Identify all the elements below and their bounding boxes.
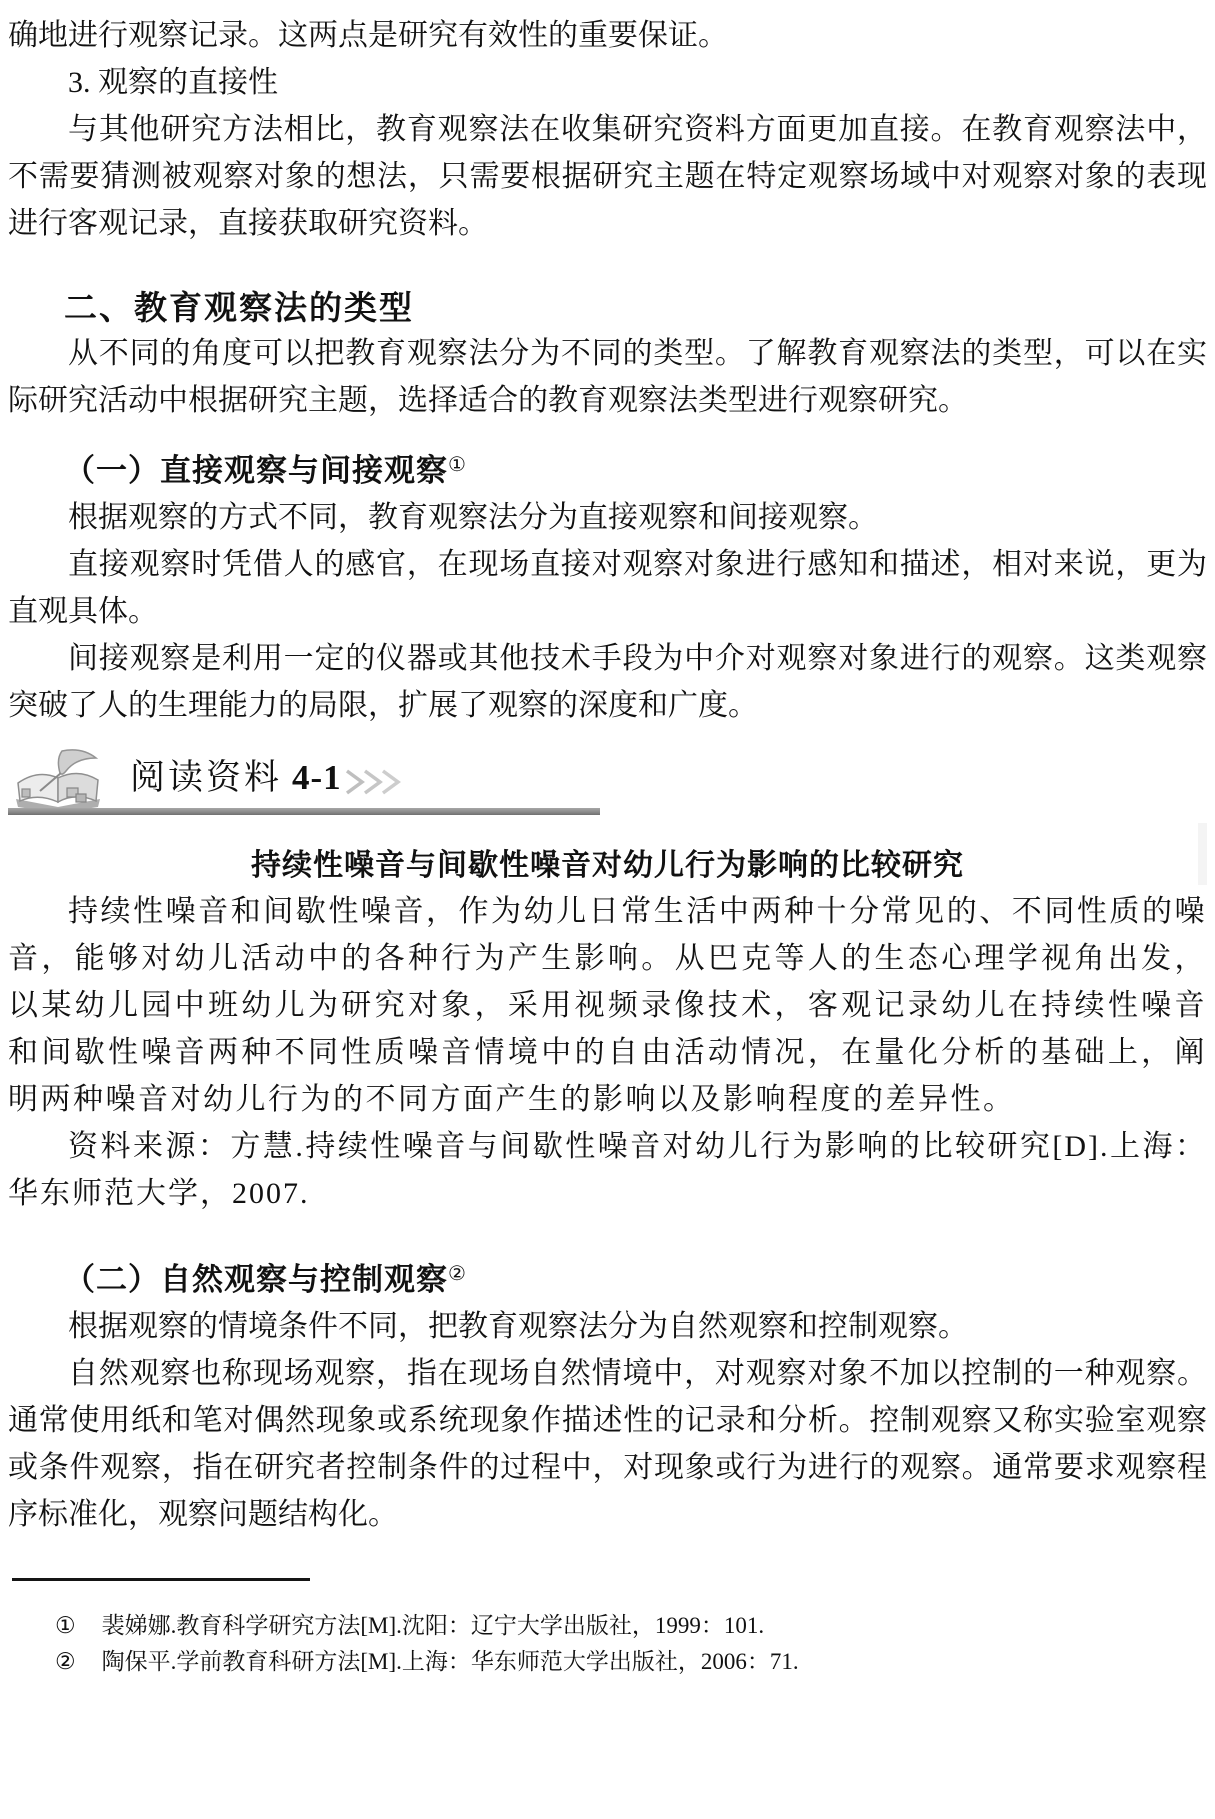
footnote-divider: [12, 1578, 310, 1581]
paragraph-continued: 确地进行观察记录。这两点是研究有效性的重要保证。: [8, 12, 1207, 59]
reading-material-source: 资料来源：方慧.持续性噪音与间歇性噪音对幼儿行为影响的比较研究[D].上海：华东…: [8, 1123, 1207, 1217]
book-quill-icon: [10, 749, 110, 813]
paragraph-directness: 与其他研究方法相比，教育观察法在收集研究资料方面更加直接。在教育观察法中，不需要…: [8, 106, 1207, 247]
banner-title: 阅读资料4-1: [130, 753, 342, 803]
paragraph-indirect-observation: 间接观察是利用一定的仪器或其他技术手段为中介对观察对象进行的观察。这类观察突破了…: [8, 635, 1207, 729]
reading-material-title: 持续性噪音与间歇性噪音对幼儿行为影响的比较研究: [8, 843, 1207, 888]
footnote-2-text: 陶保平.学前教育科研方法[M].上海：华东师范大学出版社，2006：71.: [102, 1649, 799, 1674]
banner-number: 4-1: [292, 758, 342, 797]
footnote-1-marker: ①: [55, 1613, 76, 1638]
paragraph-direct-observation: 直接观察时凭借人的感官，在现场直接对观察对象进行感知和描述，相对来说，更为直观具…: [8, 541, 1207, 635]
subsection-1-heading: （一）直接观察与间接观察①: [8, 442, 1207, 494]
paragraph-sub2-intro: 根据观察的情境条件不同，把教育观察法分为自然观察和控制观察。: [8, 1303, 1207, 1350]
page-edge-mark: [1198, 823, 1207, 885]
footnote-2-marker: ②: [55, 1649, 76, 1674]
footnote-2: ②陶保平.学前教育科研方法[M].上海：华东师范大学出版社，2006：71.: [8, 1644, 1207, 1680]
subsection-1-title: （一）直接观察与间接观察: [64, 453, 448, 488]
footnote-1-text: 裴娣娜.教育科学研究方法[M].沈阳：辽宁大学出版社，1999：101.: [102, 1613, 765, 1638]
subsection-2-title: （二）自然观察与控制观察: [64, 1262, 448, 1297]
triple-chevron-right-icon: [344, 767, 410, 797]
banner-label: 阅读资料: [130, 758, 282, 797]
paragraph-sub1-intro: 根据观察的方式不同，教育观察法分为直接观察和间接观察。: [8, 494, 1207, 541]
reading-material-body: 持续性噪音和间歇性噪音，作为幼儿日常生活中两种十分常见的、不同性质的噪音，能够对…: [8, 888, 1207, 1123]
subsection-2-heading: （二）自然观察与控制观察②: [8, 1251, 1207, 1303]
footnote-1: ①裴娣娜.教育科学研究方法[M].沈阳：辽宁大学出版社，1999：101.: [8, 1608, 1207, 1644]
paragraph-natural-controlled: 自然观察也称现场观察，指在现场自然情境中，对观察对象不加以控制的一种观察。通常使…: [8, 1350, 1207, 1538]
banner-underline: [8, 808, 600, 815]
paragraph-types-intro: 从不同的角度可以把教育观察法分为不同的类型。了解教育观察法的类型，可以在实际研究…: [8, 330, 1207, 424]
footnotes: ①裴娣娜.教育科学研究方法[M].沈阳：辽宁大学出版社，1999：101. ②陶…: [8, 1608, 1207, 1680]
footnote-ref-1: ①: [448, 454, 466, 476]
footnote-ref-2: ②: [448, 1263, 466, 1285]
list-item-3-heading: 3. 观察的直接性: [8, 59, 1207, 106]
section-2-heading: 二、教育观察法的类型: [8, 285, 1207, 330]
book-page: 确地进行观察记录。这两点是研究有效性的重要保证。 3. 观察的直接性 与其他研究…: [0, 0, 1215, 1819]
reading-material-banner: 阅读资料4-1: [8, 755, 1207, 815]
